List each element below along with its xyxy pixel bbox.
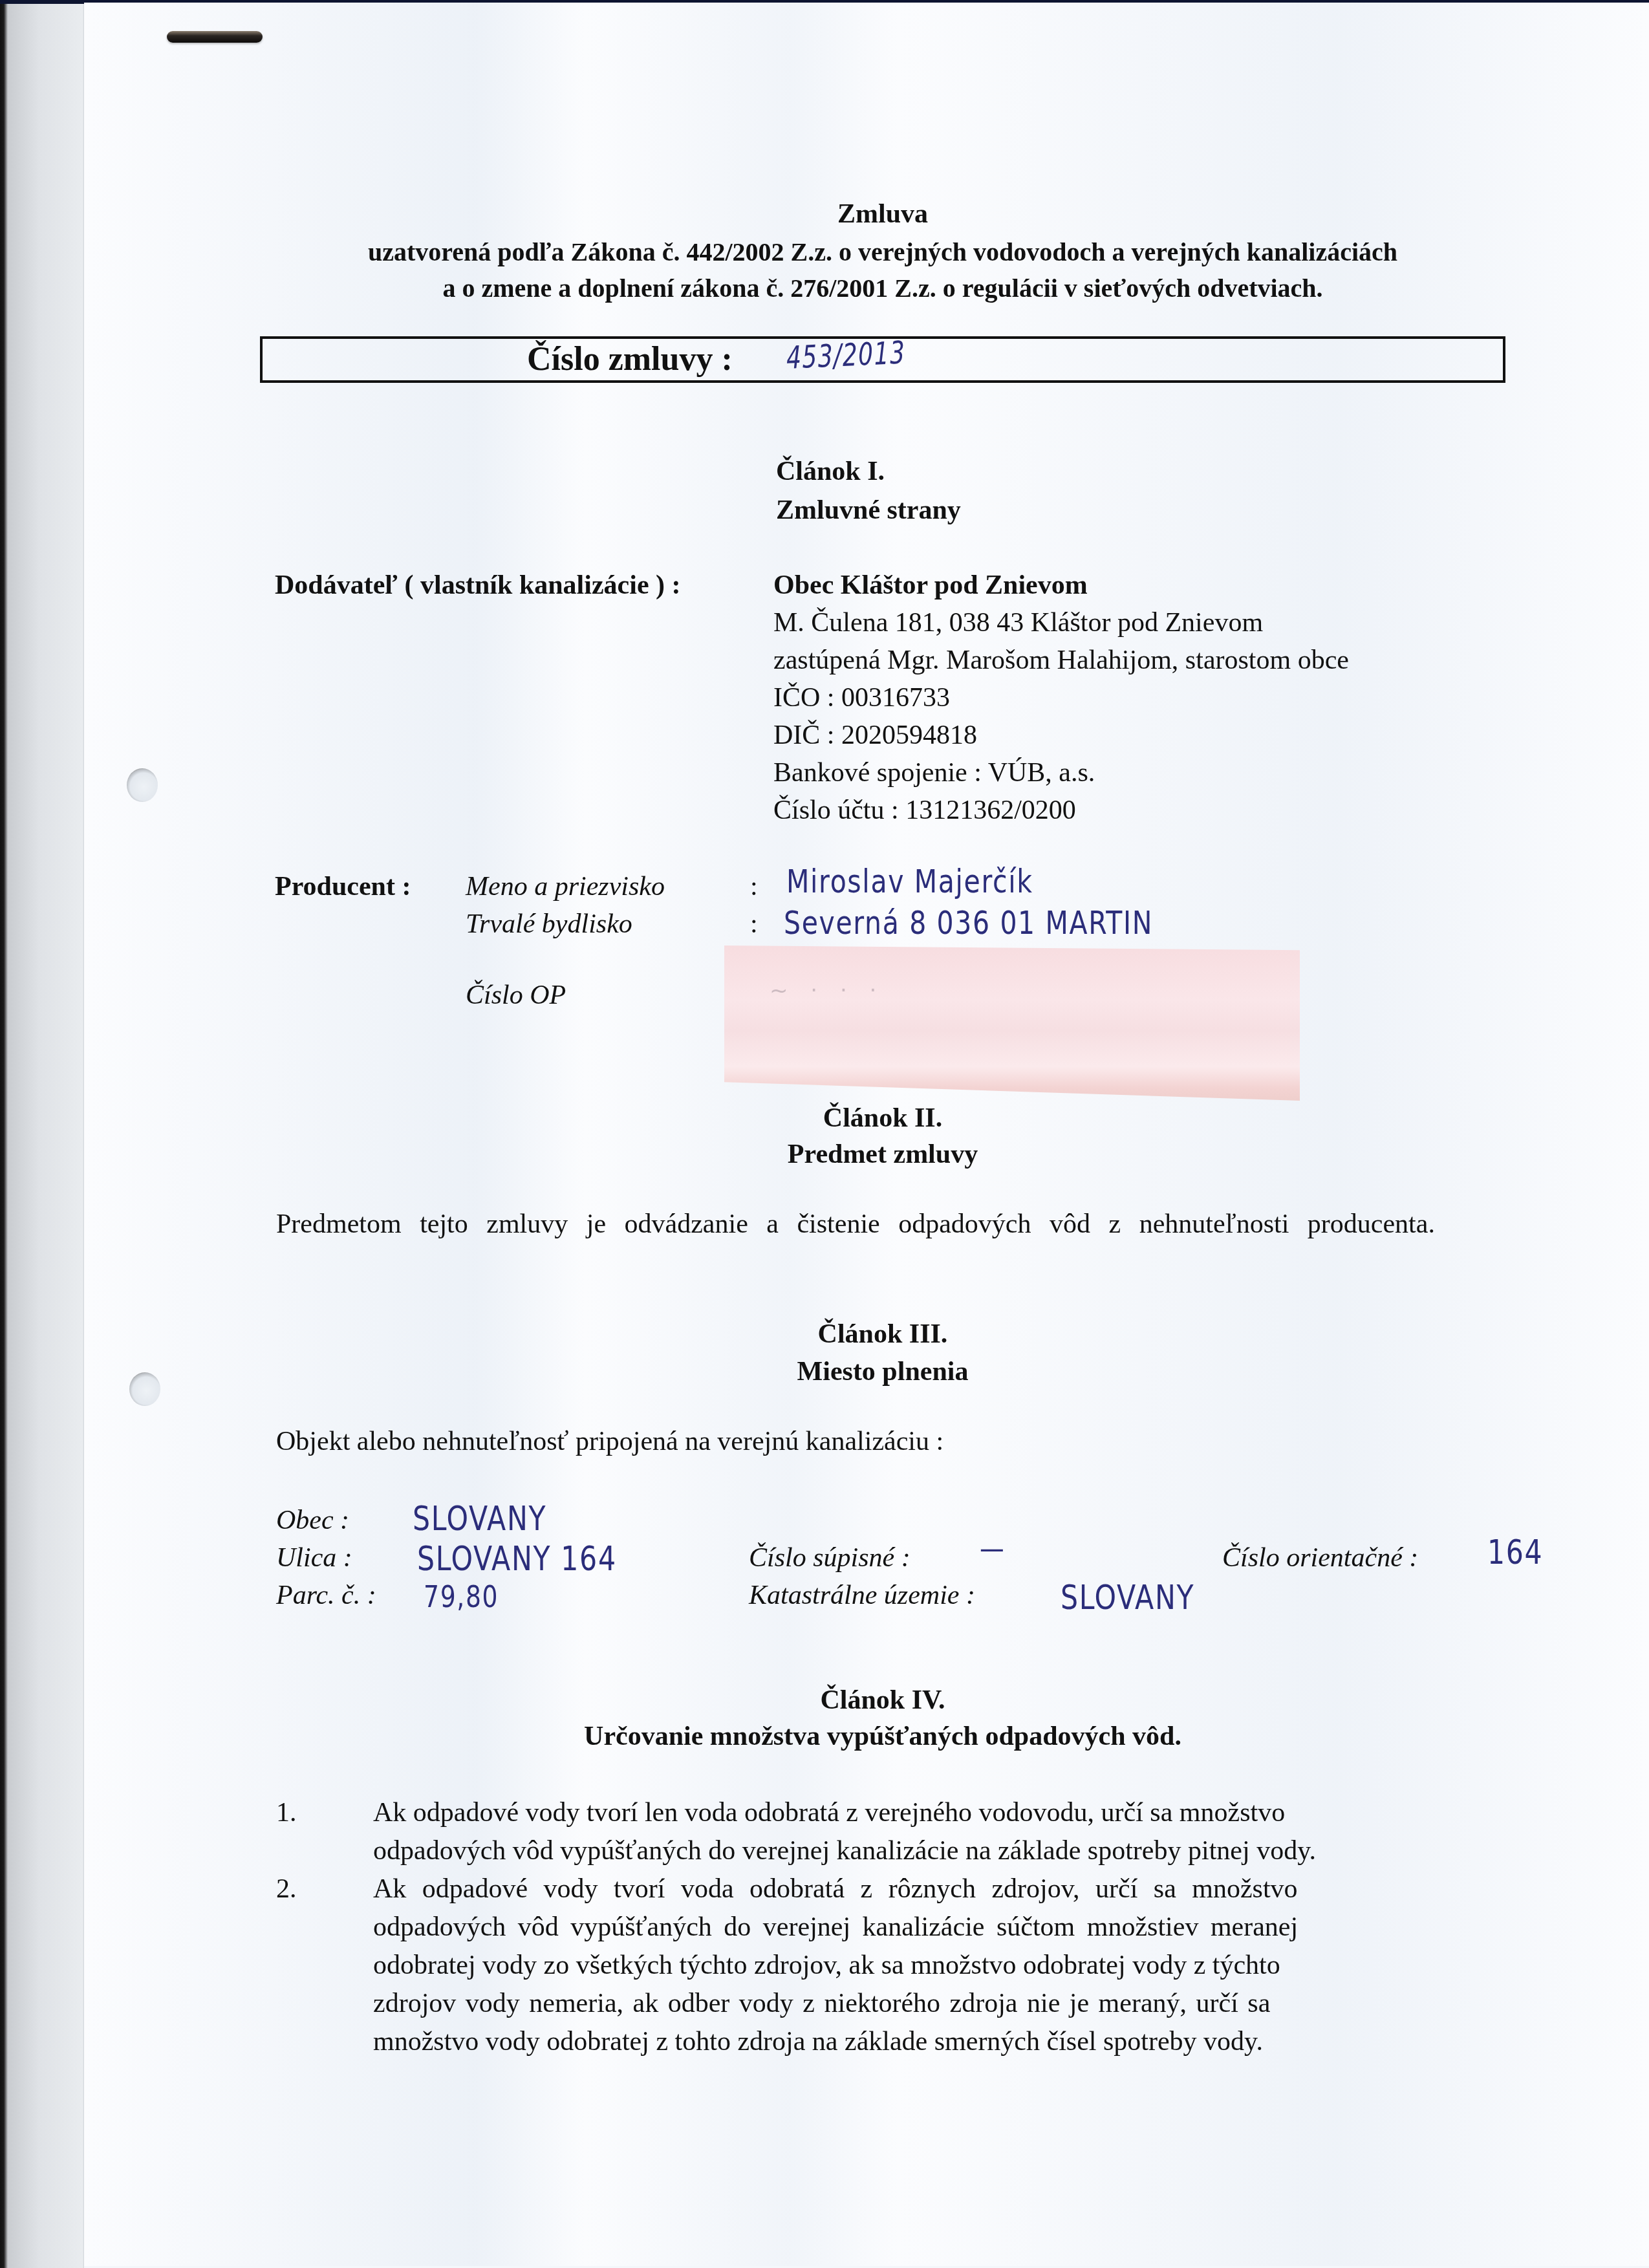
producer-residence-value: Severná 8 036 01 MARTIN xyxy=(784,902,1153,944)
supplier-representative: zastúpená Mgr. Marošom Halahijom, staros… xyxy=(773,642,1349,679)
list-line: odobratej vody zo všetkých týchto zdrojo… xyxy=(373,1947,1492,1985)
article2-title: Predmet zmluvy xyxy=(259,1136,1507,1173)
list-number: 2. xyxy=(276,1870,297,1908)
ulica-label: Ulica : xyxy=(276,1539,352,1577)
supplier-ico: IČO : 00316733 xyxy=(773,679,950,717)
list-line: Ak odpadové vody tvorí len voda odobratá… xyxy=(373,1794,1492,1832)
document-title: Zmluva xyxy=(259,198,1507,230)
sticky-note-faint-text: ~ · · · xyxy=(770,978,884,1004)
punch-hole-icon xyxy=(129,1372,160,1406)
parc-label: Parc. č. : xyxy=(276,1577,376,1614)
producer-label: Producent : xyxy=(275,868,411,905)
cislo-orientacne-label: Číslo orientačné : xyxy=(1222,1539,1418,1577)
list-line: odpadových vôd vypúšťaných do verejnej k… xyxy=(373,1908,1492,1947)
supplier-bank: Bankové spojenie : VÚB, a.s. xyxy=(773,754,1095,792)
supplier-label: Dodávateľ ( vlastník kanalizácie ) : xyxy=(275,567,681,604)
article3-title: Miesto plnenia xyxy=(259,1353,1507,1390)
article1-title: Zmluvné strany xyxy=(776,491,961,529)
parc-value: 79,80 xyxy=(424,1575,499,1618)
cislo-supisne-value: — xyxy=(980,1529,1005,1568)
list-line: množstvo vody odobratej z tohto zdroja n… xyxy=(373,2023,1492,2061)
obec-label: Obec : xyxy=(276,1502,349,1539)
article4-heading: Článok IV. xyxy=(259,1681,1507,1719)
staple-icon xyxy=(167,31,263,43)
supplier-name: Obec Kláštor pod Znievom xyxy=(773,567,1088,604)
ulica-value: SLOVANY 164 xyxy=(417,1538,617,1581)
contract-number-label: Číslo zmluvy : xyxy=(527,339,733,380)
supplier-address: M. Čulena 181, 038 43 Kláštor pod Znievo… xyxy=(773,604,1263,642)
article2-heading: Článok II. xyxy=(259,1099,1507,1137)
contract-number-value: 453/2013 xyxy=(786,332,906,379)
producer-name-value: Miroslav Majerčík xyxy=(786,860,1033,903)
producer-name-label: Meno a priezvisko xyxy=(466,868,665,905)
article3-heading: Článok III. xyxy=(259,1315,1507,1353)
article4-title: Určovanie množstva vypúšťaných odpadovýc… xyxy=(259,1718,1507,1755)
sticky-note: ~ · · · xyxy=(724,945,1300,1101)
punch-hole-icon xyxy=(127,768,158,802)
cislo-supisne-label: Číslo súpisné : xyxy=(749,1539,911,1577)
supplier-dic: DIČ : 2020594818 xyxy=(773,717,977,754)
document-subtitle-line-1: uzatvorená podľa Zákona č. 442/2002 Z.z.… xyxy=(259,234,1507,270)
obec-value: SLOVANY xyxy=(413,1498,546,1540)
supplier-account: Číslo účtu : 13121362/0200 xyxy=(773,792,1076,829)
article3-intro: Objekt alebo nehnuteľnosť pripojená na v… xyxy=(276,1423,943,1460)
katastralne-uzemie-value: SLOVANY xyxy=(1061,1577,1194,1619)
article2-body: Predmetom tejto zmluvy je odvádzanie a č… xyxy=(276,1205,1492,1243)
cislo-orientacne-value: 164 xyxy=(1487,1531,1543,1574)
list-number: 1. xyxy=(276,1794,297,1832)
producer-name-separator: : xyxy=(750,868,758,905)
katastralne-uzemie-label: Katastrálne územie : xyxy=(749,1577,975,1614)
list-line: zdrojov vody nemeria, ak odber vody z ni… xyxy=(373,1985,1492,2023)
document-subtitle-line-2: a o zmene a doplnení zákona č. 276/2001 … xyxy=(259,270,1507,307)
article1-heading: Článok I. xyxy=(776,453,885,490)
producer-id-label: Číslo OP xyxy=(466,977,566,1014)
scanner-edge xyxy=(0,0,84,2268)
list-line: odpadových vôd vypúšťaných do verejnej k… xyxy=(373,1832,1492,1870)
list-line: Ak odpadové vody tvorí voda odobratá z r… xyxy=(373,1870,1492,1908)
producer-residence-separator: : xyxy=(750,905,758,943)
producer-residence-label: Trvalé bydlisko xyxy=(466,905,632,943)
